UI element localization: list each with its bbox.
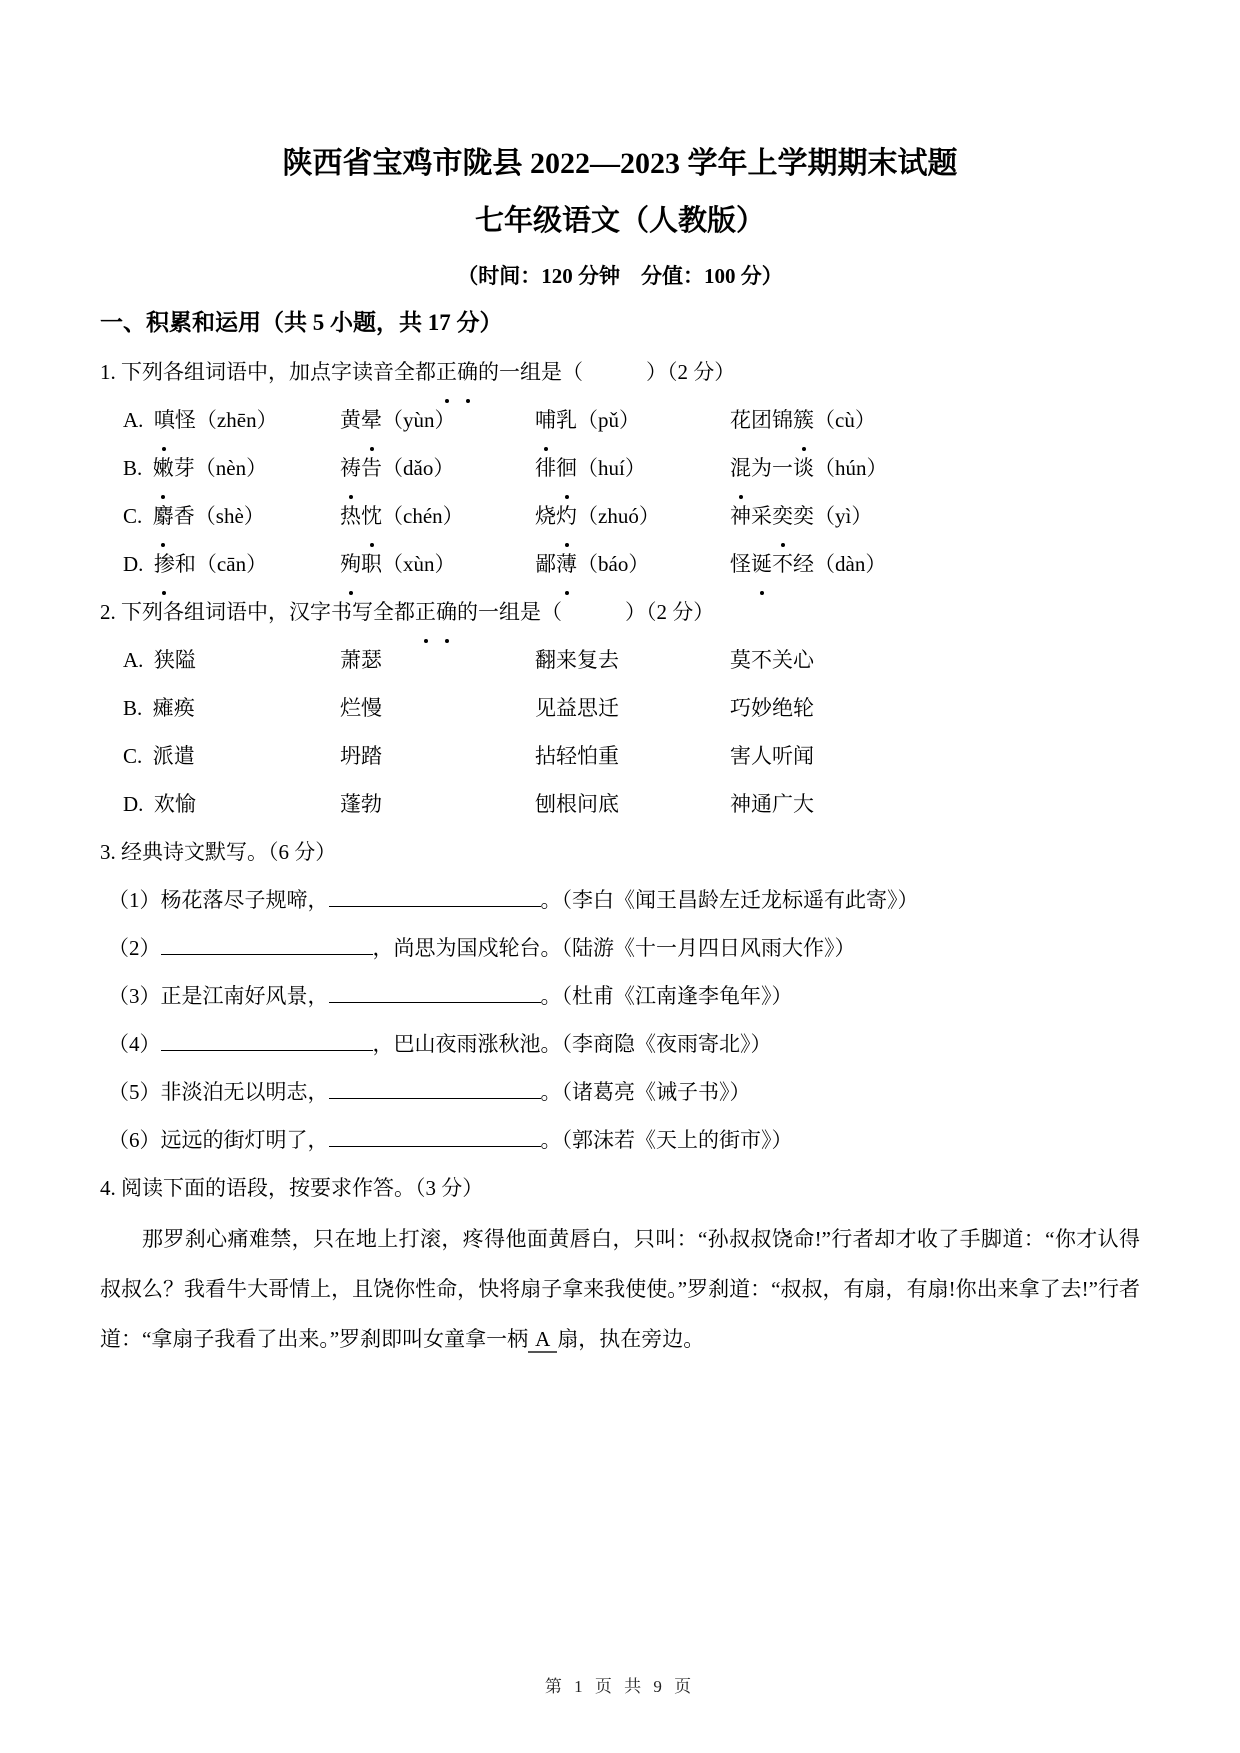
dotted-char: 嫩	[153, 444, 174, 492]
question-3-items: （1）杨花落尽子规啼，。（李白《闻王昌龄左迁龙标遥有此寄》）（2），尚思为国戍轮…	[100, 876, 1140, 1164]
dotted-char: 掺	[154, 540, 175, 588]
dotted-char: 忱	[361, 492, 382, 540]
option-word: 欢愉	[154, 792, 196, 816]
option-cell: 萧瑟	[340, 636, 535, 684]
answer-blank-line	[161, 1029, 373, 1051]
option-cell: 神采奕奕（yì）	[730, 492, 1140, 540]
dotted-char: 麝	[153, 492, 174, 540]
option-cell: 殉职（xùn）	[340, 540, 535, 588]
option-cell: 混为一谈（hún）	[730, 444, 1140, 492]
question-1-stem: 1. 下列各组词语中，加点字读音全都正确的一组是（ ）（2 分）	[100, 348, 1140, 396]
option-word: 徘徊（huí）	[535, 456, 646, 480]
dotted-char: 奕	[772, 492, 793, 540]
option-cell: 花团锦簇（cù）	[730, 396, 1140, 444]
dotted-char: 簇	[793, 396, 814, 444]
option-letter: C.	[123, 504, 153, 528]
blank-item: （1）杨花落尽子规啼，。（李白《闻王昌龄左迁龙标遥有此寄》）	[100, 876, 1140, 924]
text-run: ，巴山夜雨涨秋池。（李商隐《夜雨寄北》）	[373, 1032, 772, 1056]
exam-page: 陕西省宝鸡市陇县 2022—2023 学年上学期期末试题 七年级语文（人教版） …	[0, 0, 1240, 1753]
text-run: （4）	[108, 1032, 161, 1056]
blank-item: （5）非淡泊无以明志，。（诸葛亮《诫子书》）	[100, 1068, 1140, 1116]
option-word: 狭隘	[154, 648, 196, 672]
option-cell: D. 欢愉	[123, 780, 340, 828]
option-cell: 鄙薄（báo）	[535, 540, 730, 588]
option-cell: 蓬勃	[340, 780, 535, 828]
option-cell: 拈轻怕重	[535, 732, 730, 780]
option-cell: A. 嗔怪（zhēn）	[123, 396, 340, 444]
dotted-char: 确	[457, 348, 478, 396]
option-cell: 坍踏	[340, 732, 535, 780]
option-row: C. 麝香（shè）热忱（chén）烧灼（zhuó）神采奕奕（yì）	[100, 492, 1140, 540]
option-cell: A. 狭隘	[123, 636, 340, 684]
option-word: 派遣	[153, 744, 195, 768]
dotted-char: 徊	[556, 444, 577, 492]
option-word: 烂慢	[340, 696, 382, 720]
text-run: （1）杨花落尽子规啼，	[108, 888, 329, 912]
option-letter: B.	[123, 456, 153, 480]
option-word: 掺和（cān）	[154, 552, 267, 576]
option-cell: 怪诞不经（dàn）	[730, 540, 1140, 588]
option-word: 烧灼（zhuó）	[535, 504, 660, 528]
option-letter: A.	[123, 648, 154, 672]
exam-title: 陕西省宝鸡市陇县 2022—2023 学年上学期期末试题	[100, 146, 1140, 182]
option-row: B. 嫩芽（nèn）祷告（dǎo）徘徊（huí）混为一谈（hún）	[100, 444, 1140, 492]
text-run: 2. 下列各组词语中，汉字书写全都	[100, 600, 415, 624]
option-word: 鄙薄（báo）	[535, 552, 649, 576]
option-cell: 热忱（chén）	[340, 492, 535, 540]
option-word: 萧瑟	[340, 648, 382, 672]
text-run: ，尚思为国戍轮台。（陆游《十一月四日风雨大作》）	[373, 936, 856, 960]
answer-blank-line	[329, 981, 541, 1003]
dotted-char: 诞	[751, 540, 772, 588]
option-word: 热忱（chén）	[340, 504, 464, 528]
question-2-options: A. 狭隘萧瑟翻来复去莫不关心B. 瘫痪烂慢见益思迁巧妙绝轮C. 派遣坍踏拈轻怕…	[100, 636, 1140, 828]
option-cell: B. 瘫痪	[123, 684, 340, 732]
text-run: 。（郭沫若《天上的街市》）	[541, 1128, 793, 1152]
option-word: 坍踏	[340, 744, 382, 768]
option-cell: 烧灼（zhuó）	[535, 492, 730, 540]
option-cell: 翻来复去	[535, 636, 730, 684]
page-number: 第 1 页 共 9 页	[0, 1672, 1240, 1697]
dotted-char: 正	[436, 348, 457, 396]
option-cell: 黄晕（yùn）	[340, 396, 535, 444]
option-word: 拈轻怕重	[535, 744, 619, 768]
question-1-options: A. 嗔怪（zhēn）黄晕（yùn）哺乳（pǔ）花团锦簇（cù）B. 嫩芽（nè…	[100, 396, 1140, 588]
option-row: C. 派遣坍踏拈轻怕重害人听闻	[100, 732, 1140, 780]
exam-time-score: （时间：120 分钟 分值：100 分）	[100, 263, 1140, 290]
dotted-char: 灼	[556, 492, 577, 540]
option-row: D. 欢愉蓬勃刨根问底神通广大	[100, 780, 1140, 828]
text-run: 。（杜甫《江南逢李龟年》）	[541, 984, 793, 1008]
text-run: 。（诸葛亮《诫子书》）	[541, 1080, 751, 1104]
dotted-char: 确	[436, 588, 457, 636]
option-row: A. 狭隘萧瑟翻来复去莫不关心	[100, 636, 1140, 684]
answer-blank-line	[161, 933, 373, 955]
text-run: 的一组是（ ）（2 分）	[457, 600, 714, 624]
underlined-label: A	[528, 1327, 557, 1353]
blank-item: （6）远远的街灯明了，。（郭沫若《天上的街市》）	[100, 1116, 1140, 1164]
option-letter: B.	[123, 696, 153, 720]
option-letter: A.	[123, 408, 154, 432]
answer-blank-line	[329, 1125, 541, 1147]
question-4-passage: 那罗刹心痛难禁，只在地上打滚，疼得他面黄唇白，只叫：“孙叔叔饶命!”行者却才收了…	[100, 1214, 1140, 1364]
option-word: 混为一谈（hún）	[730, 456, 888, 480]
option-word: 莫不关心	[730, 648, 814, 672]
option-letter: C.	[123, 744, 153, 768]
option-cell: 神通广大	[730, 780, 1140, 828]
text-run: （2）	[108, 936, 161, 960]
option-row: D. 掺和（cān）殉职（xùn）鄙薄（báo）怪诞不经（dàn）	[100, 540, 1140, 588]
option-word: 瘫痪	[153, 696, 195, 720]
dotted-char: 正	[415, 588, 436, 636]
option-word: 害人听闻	[730, 744, 814, 768]
option-cell: 害人听闻	[730, 732, 1140, 780]
dotted-char: 殉	[340, 540, 361, 588]
option-letter: D.	[123, 792, 154, 816]
text-run: （5）非淡泊无以明志，	[108, 1080, 329, 1104]
option-word: 见益思迁	[535, 696, 619, 720]
dotted-char: 晕	[361, 396, 382, 444]
option-word: 巧妙绝轮	[730, 696, 814, 720]
option-row: A. 嗔怪（zhēn）黄晕（yùn）哺乳（pǔ）花团锦簇（cù）	[100, 396, 1140, 444]
blank-item: （3）正是江南好风景，。（杜甫《江南逢李龟年》）	[100, 972, 1140, 1020]
option-word: 殉职（xùn）	[340, 552, 456, 576]
dotted-char: 混	[730, 444, 751, 492]
text-run: 。（李白《闻王昌龄左迁龙标遥有此寄》）	[541, 888, 919, 912]
option-letter: D.	[123, 552, 154, 576]
option-cell: 哺乳（pǔ）	[535, 396, 730, 444]
option-word: 嗔怪（zhēn）	[154, 408, 278, 432]
option-word: 麝香（shè）	[153, 504, 265, 528]
option-cell: 见益思迁	[535, 684, 730, 732]
option-word: 祷告（dǎo）	[340, 456, 454, 480]
question-4-stem: 4. 阅读下面的语段，按要求作答。（3 分）	[100, 1164, 1140, 1212]
option-word: 神采奕奕（yì）	[730, 504, 872, 528]
option-cell: 莫不关心	[730, 636, 1140, 684]
option-word: 嫩芽（nèn）	[153, 456, 267, 480]
option-word: 蓬勃	[340, 792, 382, 816]
option-cell: 巧妙绝轮	[730, 684, 1140, 732]
dotted-char: 薄	[556, 540, 577, 588]
dotted-char: 祷	[340, 444, 361, 492]
option-word: 黄晕（yùn）	[340, 408, 456, 432]
option-word: 花团锦簇（cù）	[730, 408, 876, 432]
option-row: B. 瘫痪烂慢见益思迁巧妙绝轮	[100, 684, 1140, 732]
text-run: 扇，执在旁边。	[557, 1327, 704, 1351]
answer-blank-line	[329, 1077, 541, 1099]
option-word: 神通广大	[730, 792, 814, 816]
option-cell: B. 嫩芽（nèn）	[123, 444, 340, 492]
exam-subtitle: 七年级语文（人教版）	[100, 204, 1140, 239]
option-word: 刨根问底	[535, 792, 619, 816]
dotted-char: 哺	[535, 396, 556, 444]
dotted-char: 嗔	[154, 396, 175, 444]
text-run: （3）正是江南好风景，	[108, 984, 329, 1008]
blank-item: （4），巴山夜雨涨秋池。（李商隐《夜雨寄北》）	[100, 1020, 1140, 1068]
question-2-stem: 2. 下列各组词语中，汉字书写全都正确的一组是（ ）（2 分）	[100, 588, 1140, 636]
option-cell: D. 掺和（cān）	[123, 540, 340, 588]
option-cell: 刨根问底	[535, 780, 730, 828]
option-word: 怪诞不经（dàn）	[730, 552, 886, 576]
option-cell: 祷告（dǎo）	[340, 444, 535, 492]
option-cell: 烂慢	[340, 684, 535, 732]
option-word: 翻来复去	[535, 648, 619, 672]
question-3-stem: 3. 经典诗文默写。（6 分）	[100, 828, 1140, 876]
text-run: （6）远远的街灯明了，	[108, 1128, 329, 1152]
option-cell: C. 派遣	[123, 732, 340, 780]
blank-item: （2），尚思为国戍轮台。（陆游《十一月四日风雨大作》）	[100, 924, 1140, 972]
answer-blank-line	[329, 885, 541, 907]
text-run: 1. 下列各组词语中，加点字读音全都	[100, 360, 436, 384]
text-run: 的一组是（ ）（2 分）	[478, 360, 735, 384]
option-cell: C. 麝香（shè）	[123, 492, 340, 540]
option-cell: 徘徊（huí）	[535, 444, 730, 492]
option-word: 哺乳（pǔ）	[535, 408, 640, 432]
section-one-heading: 一、积累和运用（共 5 小题，共 17 分）	[100, 308, 1140, 338]
